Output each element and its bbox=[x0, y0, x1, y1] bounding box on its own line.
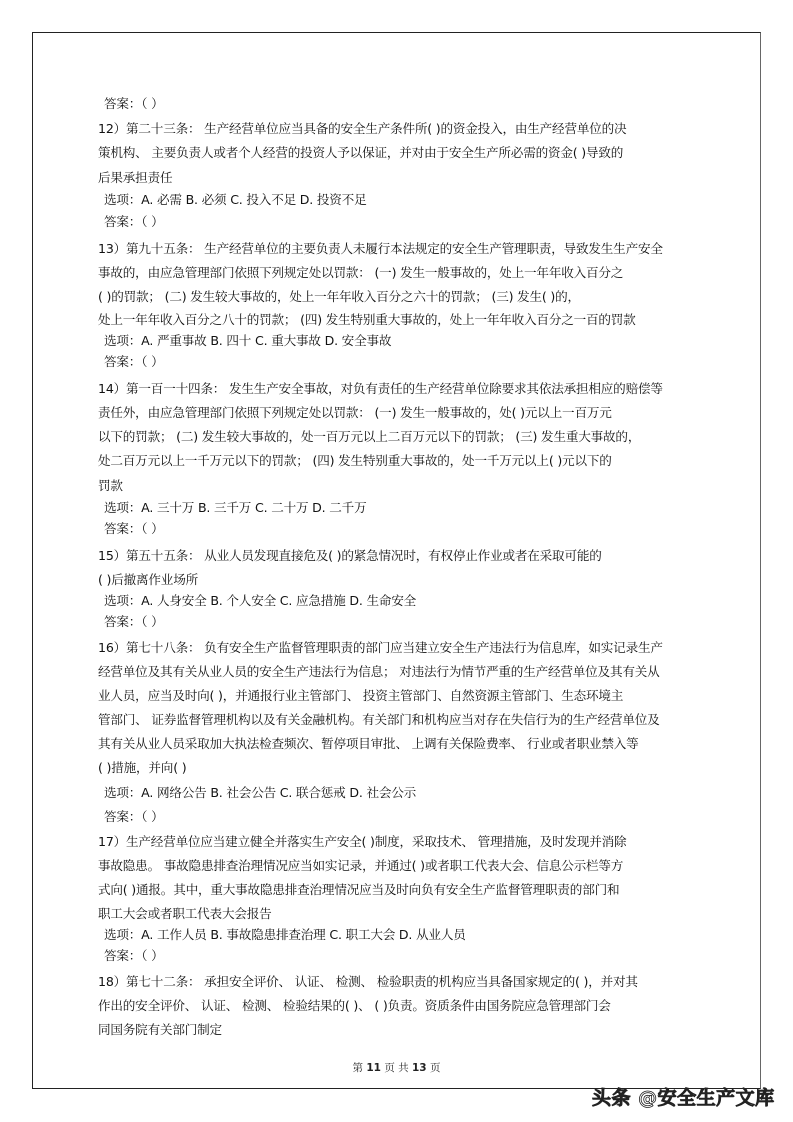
question-text-line: ( )的罚款； (二) 发生较大事故的，处上一年年收入百分之六十的罚款； (三)… bbox=[98, 289, 580, 305]
question-text-line: 13）第九十五条： 生产经营单位的主要负责人未履行本法规定的安全生产管理职责，导… bbox=[98, 241, 663, 257]
options-line: 选项：A. 人身安全 B. 个人安全 C. 应急措施 D. 生命安全 bbox=[104, 593, 416, 609]
answer-line: 答案：（ ） bbox=[104, 809, 163, 825]
question-text-line: 处二百万元以上一千万元以下的罚款； (四) 发生特别重大事故的，处一千万元以上(… bbox=[98, 453, 612, 469]
question-text-line: 经营单位及其有关从业人员的安全生产违法行为信息； 对违法行为情节严重的生产经营单… bbox=[98, 664, 660, 680]
question-text-line: 业人员，应当及时向( )，并通报行业主管部门、 投资主管部门、自然资源主管部门、… bbox=[98, 688, 623, 704]
options-line: 选项：A. 严重事故 B. 四十 C. 重大事故 D. 安全事故 bbox=[104, 333, 391, 349]
footer-prefix: 第 bbox=[353, 1062, 367, 1074]
question-text-line: 17）生产经营单位应当建立健全并落实生产安全( )制度，采取技术、 管理措施，及… bbox=[98, 834, 626, 850]
question-text-line: 事故隐患。 事故隐患排查治理情况应当如实记录，并通过( )或者职工代表大会、信息… bbox=[98, 858, 623, 874]
question-text-line: 后果承担责任 bbox=[98, 170, 172, 186]
question-text-line: 12）第二十三条： 生产经营单位应当具备的安全生产条件所( )的资金投入，由生产… bbox=[98, 121, 626, 137]
question-text-line: 式向( )通报。其中，重大事故隐患排查治理情况应当及时向负有安全生产监督管理职责… bbox=[98, 882, 619, 898]
answer-line: 答案：（ ） bbox=[104, 214, 163, 230]
watermark: 头条 @安全生产文库 bbox=[592, 1083, 775, 1110]
current-page-number: 11 bbox=[366, 1062, 381, 1074]
question-text-line: 处上一年年收入百分之八十的罚款； (四) 发生特别重大事故的，处上一年年收入百分… bbox=[98, 312, 636, 328]
answer-line: 答案：（ ） bbox=[104, 521, 163, 537]
question-text-line: 以下的罚款； (二) 发生较大事故的，处一百万元以上二百万元以下的罚款； (三)… bbox=[98, 429, 640, 445]
total-pages-number: 13 bbox=[412, 1062, 427, 1074]
footer-suffix: 页 bbox=[427, 1062, 441, 1074]
question-text-line: 14）第一百一十四条： 发生生产安全事故，对负有责任的生产经营单位除要求其依法承… bbox=[98, 381, 663, 397]
question-text-line: 16）第七十八条： 负有安全生产监督管理职责的部门应当建立安全生产违法行为信息库… bbox=[98, 640, 663, 656]
question-text-line: 18）第七十二条： 承担安全评价、 认证、 检测、 检验职责的机构应当具备国家规… bbox=[98, 974, 638, 990]
question-text-line: 15）第五十五条： 从业人员发现直接危及( )的紧急情况时，有权停止作业或者在采… bbox=[98, 548, 602, 564]
question-text-line: 责任外，由应急管理部门依照下列规定处以罚款： (一) 发生一般事故的，处( )元… bbox=[98, 405, 612, 421]
answer-line: 答案：（ ） bbox=[104, 96, 163, 112]
question-text-line: 其有关从业人员采取加大执法检查频次、暂停项目审批、 上调有关保险费率、 行业或者… bbox=[98, 736, 639, 752]
question-text-line: 职工大会或者职工代表大会报告 bbox=[98, 906, 272, 922]
question-text-line: 罚款 bbox=[98, 478, 123, 494]
question-text-line: 策机构、 主要负责人或者个人经营的投资人予以保证，并对由于安全生产所必需的资金(… bbox=[98, 145, 623, 161]
page-footer: 第 11 页 共 13 页 bbox=[0, 1060, 793, 1075]
options-line: 选项：A. 必需 B. 必须 C. 投入不足 D. 投资不足 bbox=[104, 192, 366, 208]
question-text-line: ( )后撤离作业场所 bbox=[98, 572, 198, 588]
question-text-line: 管部门、 证券监督管理机构以及有关金融机构。有关部门和机构应当对存在失信行为的生… bbox=[98, 712, 660, 728]
question-text-line: ( )措施，并向( ) bbox=[98, 760, 186, 776]
options-line: 选项：A. 三十万 B. 三千万 C. 二十万 D. 二千万 bbox=[104, 500, 366, 516]
answer-line: 答案：（ ） bbox=[104, 948, 163, 964]
question-text-line: 同国务院有关部门制定 bbox=[98, 1022, 222, 1038]
options-line: 选项：A. 网络公告 B. 社会公告 C. 联合惩戒 D. 社会公示 bbox=[104, 785, 416, 801]
answer-line: 答案：（ ） bbox=[104, 354, 163, 370]
options-line: 选项：A. 工作人员 B. 事故隐患排查治理 C. 职工大会 D. 从业人员 bbox=[104, 927, 466, 943]
answer-line: 答案：（ ） bbox=[104, 614, 163, 630]
question-text-line: 事故的，由应急管理部门依照下列规定处以罚款： (一) 发生一般事故的，处上一年年… bbox=[98, 265, 623, 281]
question-text-line: 作出的安全评价、 认证、 检测、 检验结果的( )、 ( )负责。资质条件由国务… bbox=[98, 998, 611, 1014]
footer-middle: 页 共 bbox=[381, 1062, 412, 1074]
